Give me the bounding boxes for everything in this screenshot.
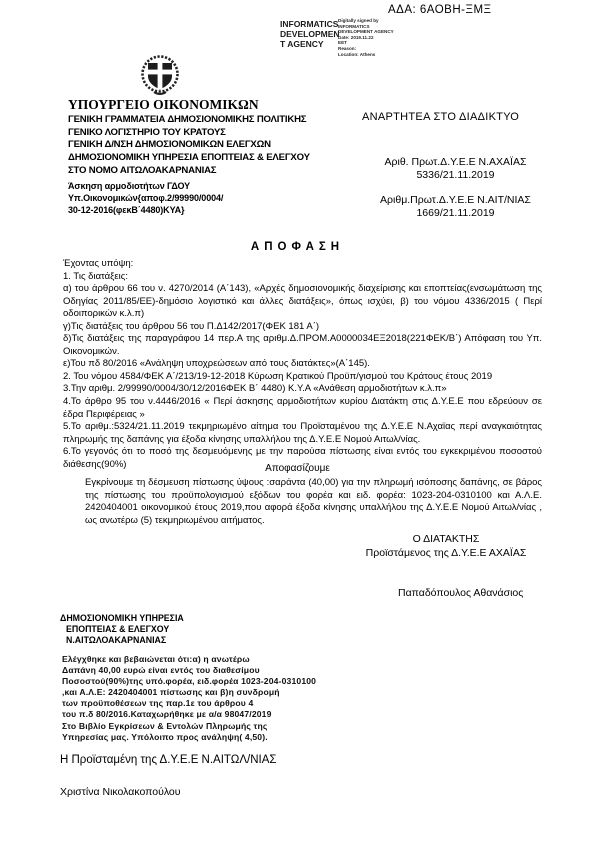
stamp-agency-line: DEVELOPMEN bbox=[280, 29, 336, 39]
preamble-item: 2. Του νόμου 4584/ΦΕΚ Α΄/213/19-12-2018 … bbox=[63, 371, 542, 384]
verification-line: των προϋποθέσεων της παρ.1ε του άρθρου 4 bbox=[62, 698, 316, 709]
verification-note: Ελέγχθηκε και βεβαιώνεται ότι:α) η ανωτέ… bbox=[62, 654, 316, 743]
verification-line: Ελέγχθηκε και βεβαιώνεται ότι:α) η ανωτέ… bbox=[62, 654, 316, 665]
preamble-item: γ)Τις διατάξεις του άρθρου 56 του Π.Δ142… bbox=[63, 321, 542, 334]
ada-code: ΑΔΑ: 6ΑΟΒΗ-ΞΜΞ bbox=[388, 4, 492, 16]
bottom-signatory-role: Η Προϊσταμένη της Δ.Υ.Ε.Ε Ν.ΑΙΤΩΛ/ΝΙΑΣ bbox=[60, 754, 277, 766]
service-line: ΔΗΜΟΣΙΟΝΟΜΙΚΗ ΥΠΗΡΕΣΙΑ bbox=[60, 613, 184, 624]
ministry-line: ΣΤΟ ΝΟΜΟ ΑΙΤΩΛΟΑΚΑΡΝΑΝΙΑΣ bbox=[68, 165, 368, 178]
preamble-item: 1. Τις διατάξεις: bbox=[63, 271, 542, 284]
ministry-subline: Υπ.Οικονομικών{αποφ.2/99990/0004/ bbox=[68, 192, 368, 204]
verification-line: Ποσοστού(90%)της υπό.φορέα, ειδ.φορέα 10… bbox=[62, 676, 316, 687]
protocol-entry-aitolnias: Αριθμ.Πρωτ.Δ.Υ.Ε.Ε Ν.ΑΙΤ/ΝΙΑΣ 1669/21.11… bbox=[348, 194, 563, 220]
bottom-signatory-name: Χριστίνα Νικολακοπούλου bbox=[60, 786, 181, 798]
ministry-subline: Άσκηση αρμοδιοτήτων ΓΔΟΥ bbox=[68, 180, 368, 192]
protocol-label: Αριθ. Πρωτ.Δ.Υ.Ε.Ε Ν.ΑΧΑΪΑΣ bbox=[348, 156, 563, 169]
ministry-line: ΔΗΜΟΣΙΟΝΟΜΙΚΗ ΥΠΗΡΕΣΙΑ ΕΠΟΠΤΕΙΑΣ & ΕΛΕΓΧ… bbox=[68, 152, 368, 165]
ministry-line: ΓΕΝΙΚΗ ΓΡΑΜΜΑΤΕΙΑ ΔΗΜΟΣΙΟΝΟΜΙΚΗΣ ΠΟΛΙΤΙΚ… bbox=[68, 114, 368, 127]
orderer-role: Προϊστάμενος της Δ.Υ.Ε.Ε ΑΧΑΪΑΣ bbox=[330, 547, 562, 561]
digital-signature-details: Digitally signed by INFORMATICS DEVELOPM… bbox=[338, 18, 402, 57]
protocol-number: 5336/21.11.2019 bbox=[348, 169, 563, 182]
publish-notice: ΑΝΑΡΤΗΤΕΑ ΣΤΟ ΔΙΑΔΙΚΤΥΟ bbox=[362, 111, 519, 123]
protocol-number: 1669/21.11.2019 bbox=[348, 207, 563, 220]
decision-preamble: Έχοντας υπόψη: 1. Τις διατάξεις: α) του … bbox=[63, 258, 542, 471]
service-block: ΔΗΜΟΣΙΟΝΟΜΙΚΗ ΥΠΗΡΕΣΙΑ ΕΠΟΠΤΕΙΑΣ & ΕΛΕΓΧ… bbox=[60, 613, 184, 645]
service-line: ΕΠΟΠΤΕΙΑΣ & ΕΛΕΓΧΟΥ bbox=[60, 624, 184, 635]
verification-line: ,και Α.Λ.Ε: 2420404001 πίστωσης και β)η … bbox=[62, 687, 316, 698]
verification-line: Δαπάνη 40,00 ευρώ είναι εντός του διαθεσ… bbox=[62, 665, 316, 676]
verdict-text: Εγκρίνουμε τη δέσμευση πίστωσης ύψους :σ… bbox=[85, 477, 542, 528]
digital-signature-agency: INFORMATICS DEVELOPMEN T AGENCY bbox=[280, 19, 336, 49]
orderer-title: Ο ΔΙΑΤΑΚΤΗΣ bbox=[330, 533, 562, 547]
stamp-detail-line: Location: Athens bbox=[338, 52, 402, 58]
preamble-item: 3.Την αριθμ. 2/99990/0004/30/12/2016ΦΕΚ … bbox=[63, 383, 542, 396]
orderer-signature-block: Ο ΔΙΑΤΑΚΤΗΣ Προϊστάμενος της Δ.Υ.Ε.Ε ΑΧΑ… bbox=[330, 533, 562, 560]
preamble-heading: Έχοντας υπόψη: bbox=[63, 258, 542, 271]
verdict-heading: Αποφασίζουμε bbox=[0, 463, 595, 474]
service-line: Ν.ΑΙΤΩΛΟΑΚΑΡΝΑΝΙΑΣ bbox=[60, 635, 184, 646]
orderer-name: Παπαδόπουλος Αθανάσιος bbox=[398, 587, 523, 599]
decision-title: ΑΠΟΦΑΣΗ bbox=[0, 241, 595, 253]
verification-line: του π.δ 80/2016.Καταχωρήθηκε με α/α 9804… bbox=[62, 709, 316, 720]
protocol-label: Αριθμ.Πρωτ.Δ.Υ.Ε.Ε Ν.ΑΙΤ/ΝΙΑΣ bbox=[348, 194, 563, 207]
decision-document-page: ΑΔΑ: 6ΑΟΒΗ-ΞΜΞ INFORMATICS DEVELOPMEN T … bbox=[0, 0, 595, 842]
preamble-item: 4.Το άρθρο 95 του ν.4446/2016 « Περί άσκ… bbox=[63, 396, 542, 421]
preamble-item: α) του άρθρου 66 του ν. 4270/2014 (Α΄143… bbox=[63, 283, 542, 321]
preamble-item: 5.Το αριθμ.:5324/21.11.2019 τεκμηριωμένο… bbox=[63, 421, 542, 446]
verification-line: Στο Βιβλίο Εγκρίσεων & Εντολών Πληρωμής … bbox=[62, 721, 316, 732]
ministry-line: ΓΕΝΙΚΟ ΛΟΓΙΣΤΗΡΙΟ ΤΟΥ ΚΡΑΤΟΥΣ bbox=[68, 127, 368, 140]
ministry-line: ΓΕΝΙΚΗ Δ/ΝΣΗ ΔΗΜΟΣΙΟΝΟΜΙΚΩΝ ΕΛΕΓΧΩΝ bbox=[68, 139, 368, 152]
ministry-subline: 30-12-2016(φεκΒ΄4480)ΚΥΑ} bbox=[68, 204, 368, 216]
preamble-item: ε)Του πδ 80/2016 «Ανάληψη υποχρεώσεων απ… bbox=[63, 358, 542, 371]
greek-coat-of-arms-icon bbox=[139, 54, 181, 98]
ministry-header: ΥΠΟΥΡΓΕΙΟ ΟΙΚΟΝΟΜΙΚΩΝ ΓΕΝΙΚΗ ΓΡΑΜΜΑΤΕΙΑ … bbox=[68, 97, 368, 216]
stamp-detail-line: DEVELOPMENT AGENCY bbox=[338, 29, 402, 35]
ministry-name: ΥΠΟΥΡΓΕΙΟ ΟΙΚΟΝΟΜΙΚΩΝ bbox=[68, 97, 368, 113]
protocol-entry-achaia: Αριθ. Πρωτ.Δ.Υ.Ε.Ε Ν.ΑΧΑΪΑΣ 5336/21.11.2… bbox=[348, 156, 563, 182]
stamp-agency-line: T AGENCY bbox=[280, 39, 336, 49]
stamp-agency-line: INFORMATICS bbox=[280, 19, 336, 29]
preamble-item: δ)Τις διατάξεις της παραγράφου 14 περ.Α … bbox=[63, 333, 542, 358]
verification-line: Υπηρεσίας μας. Υπόλοιπο προς ανάληψη( 4,… bbox=[62, 732, 316, 743]
